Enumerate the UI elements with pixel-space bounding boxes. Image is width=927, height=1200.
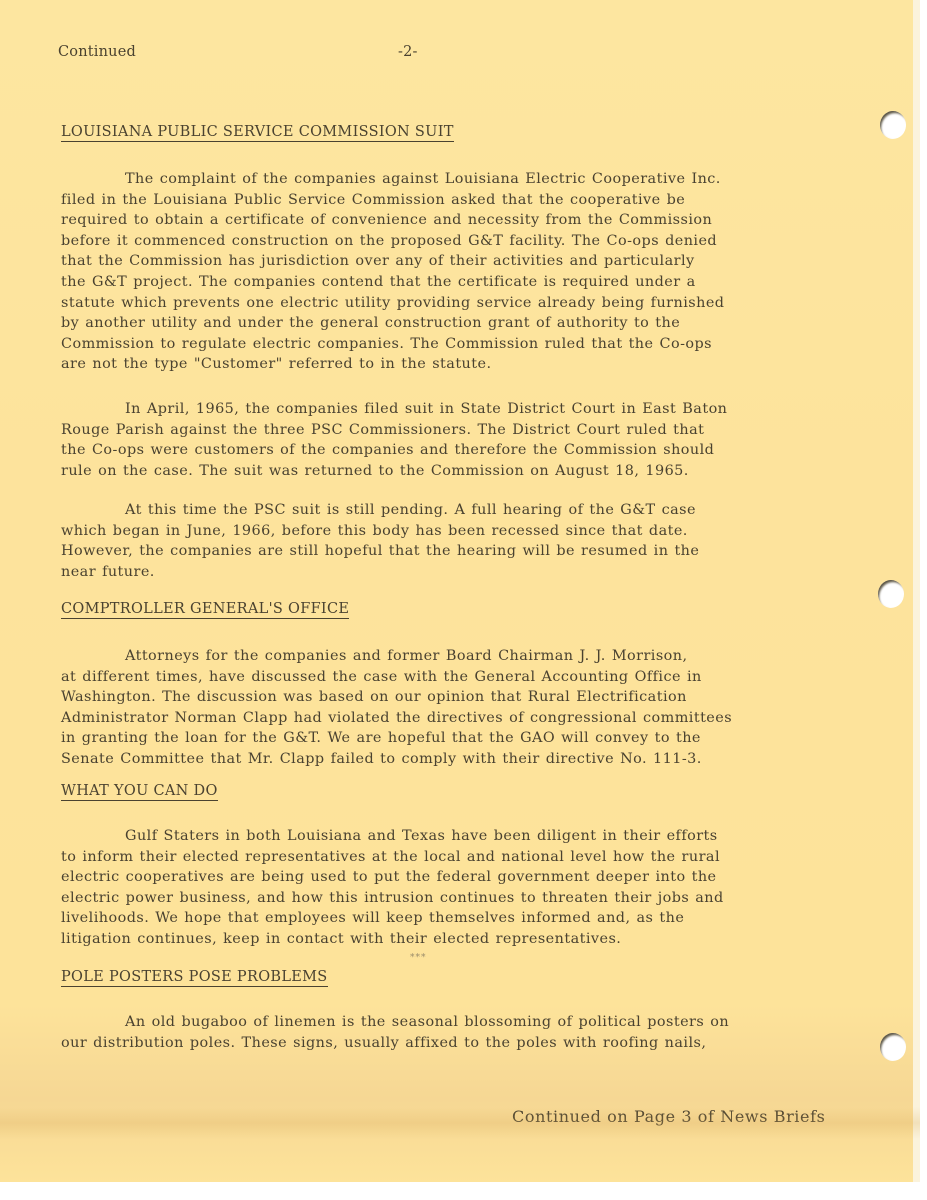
paragraph-psc-complaint: The complaint of the companies against L… (61, 169, 846, 375)
paragraph-gulf-staters: Gulf Staters in both Louisiana and Texas… (61, 826, 846, 950)
paragraph-pole-posters: An old bugaboo of linemen is the seasona… (61, 1012, 846, 1053)
page-number: -2- (398, 44, 418, 60)
punch-hole-icon (880, 111, 906, 139)
continued-label: Continued (58, 44, 136, 60)
paragraph-district-court: In April, 1965, the companies filed suit… (61, 399, 846, 481)
paper-edge (913, 0, 920, 1182)
section-heading-what-you-can-do: WHAT YOU CAN DO (61, 783, 218, 801)
section-heading-psc-suit: LOUISIANA PUBLIC SERVICE COMMISSION SUIT (61, 124, 454, 142)
paragraph-gao: Attorneys for the companies and former B… (61, 646, 846, 770)
punch-hole-icon (880, 1033, 906, 1061)
section-separator: *** (410, 953, 427, 963)
section-heading-comptroller: COMPTROLLER GENERAL'S OFFICE (61, 601, 349, 619)
paragraph-psc-pending: At this time the PSC suit is still pendi… (61, 500, 846, 582)
document-page: Continued -2- LOUISIANA PUBLIC SERVICE C… (0, 0, 920, 1182)
punch-hole-icon (878, 580, 904, 608)
continued-footer: Continued on Page 3 of News Briefs (512, 1107, 825, 1126)
section-heading-pole-posters: POLE POSTERS POSE PROBLEMS (61, 969, 328, 987)
